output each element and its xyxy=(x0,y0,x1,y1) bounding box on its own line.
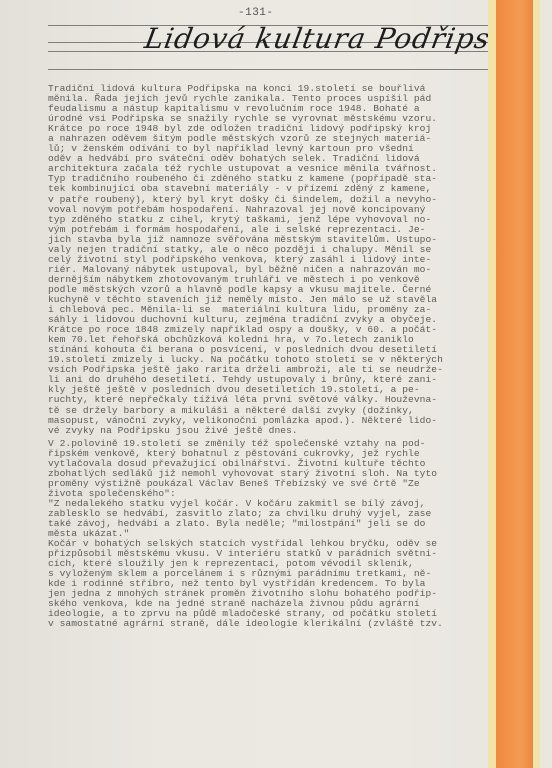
paragraph: Tradiční lidová kultura Podřipska na kon… xyxy=(48,84,498,436)
paragraph: V 2.polovině 19.století se změnily též s… xyxy=(48,439,498,630)
page-edge xyxy=(540,0,552,768)
text-line: vé zvyky na Podřipsku jsou živé ještě dn… xyxy=(48,426,498,436)
page-title: Lidová kultura Podřipska xyxy=(142,22,529,55)
text-line: ruchty, které nepřečkaly tíživá léta prv… xyxy=(48,395,498,405)
ruled-line xyxy=(48,69,516,70)
page-number: -131- xyxy=(238,7,274,19)
decorative-stripe xyxy=(496,0,533,768)
text-line: tek kombinující oba stavební materiály -… xyxy=(48,184,498,194)
document-page: -131- Lidová kultura Podřipska Tradiční … xyxy=(0,0,552,768)
document-body: Tradiční lidová kultura Podřipska na kon… xyxy=(48,84,498,630)
text-line: v samostatné agrární straně, dále ideolo… xyxy=(48,619,498,629)
